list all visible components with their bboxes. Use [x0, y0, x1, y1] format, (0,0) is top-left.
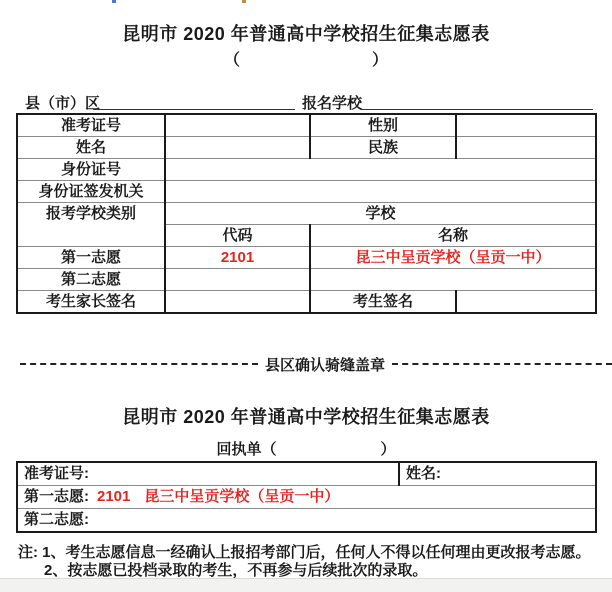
district-blank-line — [93, 92, 295, 110]
id-issuer-value-cell — [165, 181, 596, 203]
table-row: 姓名 民族 — [17, 137, 596, 159]
school-header-label: 学校 — [165, 203, 596, 225]
dashed-line-right — [392, 363, 612, 365]
table-row: 第二志愿: — [17, 509, 596, 533]
table-row: 准考证号: 姓名: — [17, 462, 596, 486]
table-row: 第一志愿 2101 昆三中呈贡学校（呈贡一中） — [17, 247, 596, 269]
gender-value-cell — [456, 114, 596, 137]
name-value-cell — [165, 137, 310, 159]
receipt-label: 回执单（ — [216, 438, 276, 459]
perforation-separator: 县区确认骑缝盖章 — [0, 355, 612, 373]
receipt-choice1-label: 第一志愿: — [24, 488, 89, 505]
choice2-school-cell — [310, 269, 596, 291]
student-sign-label: 考生签名 — [310, 291, 456, 314]
student-sign-cell — [456, 291, 596, 314]
table-row: 身份证号 — [17, 159, 596, 181]
paren-close: ） — [372, 47, 388, 70]
exam-no-value-cell — [165, 114, 310, 137]
receipt-choice2-label: 第二志愿: — [17, 509, 596, 533]
name-column-header: 名称 — [310, 225, 596, 247]
paren-close: ） — [381, 438, 396, 459]
note-line-2: 2、按志愿已投档录取的考生，不再参与后续批次的录取。 — [44, 559, 427, 580]
receipt-name-label: 姓名: — [399, 462, 596, 486]
reg-school-label: 报名学校 — [302, 92, 362, 113]
id-no-label: 身份证号 — [17, 159, 165, 181]
table-row: 第二志愿 — [17, 269, 596, 291]
dashed-line-left — [20, 363, 258, 365]
receipt-choice1-school: 昆三中呈贡学校（呈贡一中） — [144, 488, 339, 505]
parent-sign-cell — [165, 291, 310, 314]
bottom-gray-strip — [0, 578, 612, 592]
receipt-choice1-row: 第一志愿:2101昆三中呈贡学校（呈贡一中） — [17, 486, 596, 509]
ethnic-label: 民族 — [310, 137, 456, 159]
table-row: 考生家长签名 考生签名 — [17, 291, 596, 314]
choice2-label: 第二志愿 — [17, 269, 165, 291]
table-row: 第一志愿:2101昆三中呈贡学校（呈贡一中） — [17, 486, 596, 509]
form-document-page: 昆明市 2020 年普通高中学校招生征集志愿表 （ ） 县（市）区 报名学校 准… — [0, 0, 612, 592]
cropped-content-speck — [112, 0, 116, 3]
ethnic-value-cell — [456, 137, 596, 159]
district-label: 县（市）区 — [25, 92, 100, 113]
paren-open: （ — [224, 47, 240, 70]
table-row: 准考证号 性别 — [17, 114, 596, 137]
id-no-value-cell — [165, 159, 596, 181]
receipt-table: 准考证号: 姓名: 第一志愿:2101昆三中呈贡学校（呈贡一中） 第二志愿: — [16, 461, 597, 533]
choice1-code-value: 2101 — [165, 247, 310, 269]
form2-title: 昆明市 2020 年普通高中学校招生征集志愿表 — [0, 403, 612, 429]
district-school-line: 县（市）区 报名学校 — [0, 92, 612, 112]
form1-title: 昆明市 2020 年普通高中学校招生征集志愿表 — [0, 20, 612, 46]
choice1-school-value: 昆三中呈贡学校（呈贡一中） — [310, 247, 596, 269]
volunteer-form-table: 准考证号 性别 姓名 民族 身份证号 身份证签发机关 报考学校类别 学校 代码 … — [16, 113, 597, 314]
table-row: 身份证签发机关 — [17, 181, 596, 203]
school-type-label: 报考学校类别 — [17, 203, 165, 247]
exam-no-label: 准考证号 — [17, 114, 165, 137]
id-issuer-label: 身份证签发机关 — [17, 181, 165, 203]
reg-school-blank-line — [361, 92, 593, 110]
name-label: 姓名 — [17, 137, 165, 159]
receipt-exam-no-label: 准考证号: — [17, 462, 399, 486]
choice1-label: 第一志愿 — [17, 247, 165, 269]
code-column-header: 代码 — [165, 225, 310, 247]
cropped-content-speck — [242, 0, 246, 3]
table-row: 报考学校类别 学校 — [17, 203, 596, 225]
seal-across-fold-label: 县区确认骑缝盖章 — [258, 354, 392, 375]
parent-sign-label: 考生家长签名 — [17, 291, 165, 314]
gender-label: 性别 — [310, 114, 456, 137]
receipt-heading: 回执单（ ） — [0, 438, 612, 459]
receipt-choice1-code: 2101 — [97, 488, 130, 505]
form1-paren-blank: （ ） — [0, 47, 612, 70]
choice2-code-cell — [165, 269, 310, 291]
